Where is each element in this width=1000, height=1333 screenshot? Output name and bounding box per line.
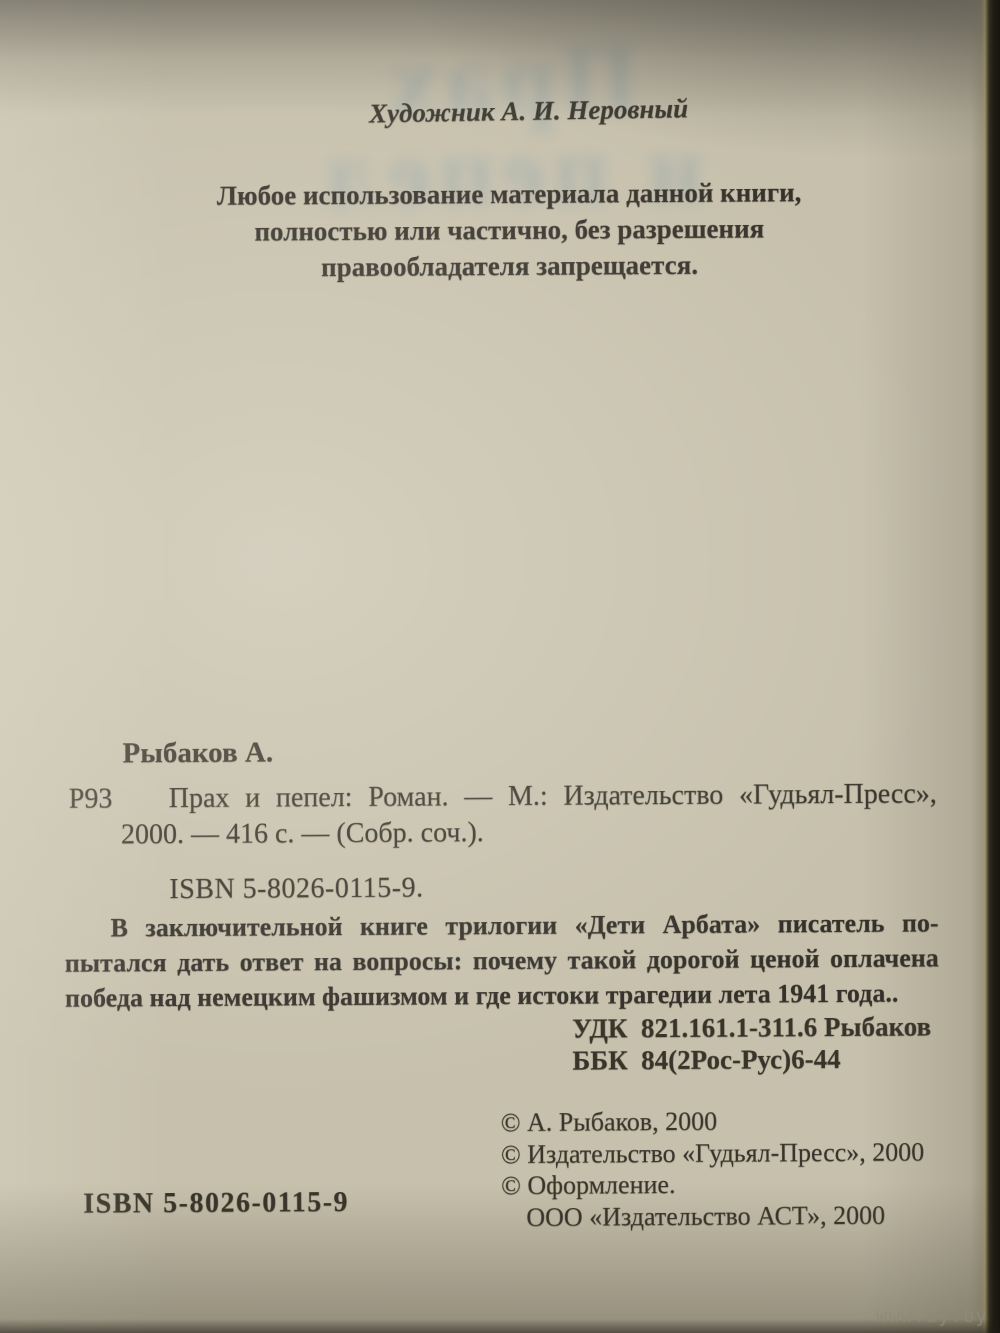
rights-notice-line: правообладателя запрещается. [9,245,1000,287]
annotation-paragraph: В заключительной книге трилогии «Дети Ар… [64,905,939,1015]
copyright-line: © А. Рыбаков, 2000 [501,1104,924,1138]
isbn-catalog-line: ISBN 5-8026-0115-9. [169,872,423,906]
rights-notice-line: полностью или частично, без разрешения [9,209,1000,251]
annotation-line: пытался дать ответ на вопросы: почему та… [65,940,939,980]
copyright-block: © А. Рыбаков, 2000 © Издательство «Гудья… [501,1104,925,1233]
udk-classification-line: УДК 821.161.1-311.6 Рыбаков [572,1011,931,1044]
annotation-line: В заключительной книге трилогии «Дети Ар… [64,905,938,945]
printed-page-content: Художник А. И. Неровный Любое использова… [0,0,1000,1333]
copyright-line: ООО «Издательство АСТ», 2000 [501,1199,924,1233]
catalog-entry-line1: Прах и пепел: Роман. — М.: Издательство … [169,778,937,815]
catalog-code: Р93 [69,783,113,815]
isbn-bottom-line: ISBN 5-8026-0115-9 [83,1187,349,1221]
author-heading: Рыбаков А. [122,736,273,770]
bbk-classification-line: ББК 84(2Рос-Рус)6-44 [572,1044,840,1077]
site-watermark: www.ay.by [876,1305,988,1327]
artist-credit-line: Художник А. И. Неровный [28,88,1000,136]
book-copyright-page-photo: Прах и пепел Художник А. И. Неровный Люб… [0,0,1000,1333]
copyright-line: © Издательство «Гудьял-Пресс», 2000 [501,1136,924,1170]
catalog-entry-line2: 2000. — 416 с. — (Собр. соч.). [121,817,484,851]
copyright-line: © Оформление. [501,1167,924,1201]
annotation-line: победа над немецким фашизмом и где исток… [65,975,939,1015]
rights-notice-line: Любое использование материала данной кни… [9,173,1000,215]
rights-notice: Любое использование материала данной кни… [9,173,1000,287]
